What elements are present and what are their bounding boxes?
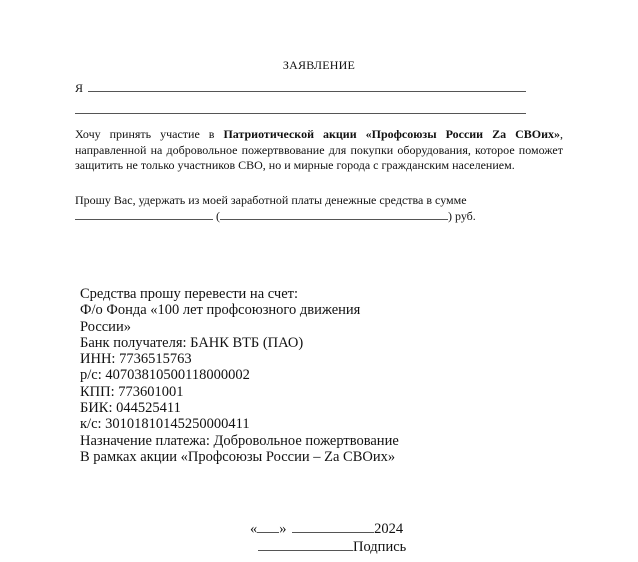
bank-line-fund: Ф/о Фонда «100 лет профсоюзного движения [80, 302, 399, 318]
applicant-row: Я [75, 81, 526, 96]
applicant-row-2 [75, 103, 526, 118]
bank-line-bank: Банк получателя: БАНК ВТБ (ПАО) [80, 335, 399, 351]
bank-line-kpp: КПП: 773601001 [80, 384, 399, 400]
signature-field[interactable] [258, 549, 353, 551]
document-title: ЗАЯВЛЕНИЕ [0, 58, 638, 73]
day-field[interactable] [257, 531, 279, 533]
month-field[interactable] [292, 531, 374, 533]
bank-line-inn: ИНН: 7736515763 [80, 351, 399, 367]
bank-details: Средства прошу перевести на счет: Ф/о Фо… [80, 286, 399, 465]
deduction-text: Прошу Вас, удержать из моей заработной п… [75, 193, 467, 207]
paragraph1-text-start: Хочу принять участие в [75, 127, 223, 141]
currency-suffix: ) руб. [448, 209, 476, 223]
applicant-details-field[interactable] [75, 112, 526, 114]
bank-line-bik: БИК: 044525411 [80, 400, 399, 416]
amount-words-field[interactable] [220, 218, 448, 220]
bank-line-account: р/с: 40703810500118000002 [80, 367, 399, 383]
applicant-prefix: Я [75, 81, 83, 95]
date-close-quote: » [279, 521, 286, 537]
date-row: «» 2024 [250, 521, 403, 538]
deduction-paragraph: Прошу Вас, удержать из моей заработной п… [75, 193, 563, 209]
amount-number-field[interactable] [75, 218, 213, 220]
date-open-quote: « [250, 521, 257, 537]
bank-line-intro: Средства прошу перевести на счет: [80, 286, 399, 302]
participation-paragraph: Хочу принять участие в Патриотической ак… [75, 127, 563, 174]
signature-row: Подпись [258, 539, 406, 556]
year: 2024 [374, 521, 403, 537]
bank-line-corr-account: к/с: 30101810145250000411 [80, 416, 399, 432]
signature-label: Подпись [353, 539, 406, 555]
bank-line-campaign: В рамках акции «Профсоюзы России – Za СВ… [80, 449, 399, 465]
amount-row: () руб. [75, 209, 476, 224]
applicant-name-field[interactable] [88, 90, 526, 92]
bank-line-purpose: Назначение платежа: Добровольное пожертв… [80, 433, 399, 449]
open-paren: ( [216, 209, 220, 223]
campaign-name: Патриотической акции «Профсоюзы России Z… [223, 127, 560, 141]
bank-line-fund-cont: России» [80, 319, 399, 335]
